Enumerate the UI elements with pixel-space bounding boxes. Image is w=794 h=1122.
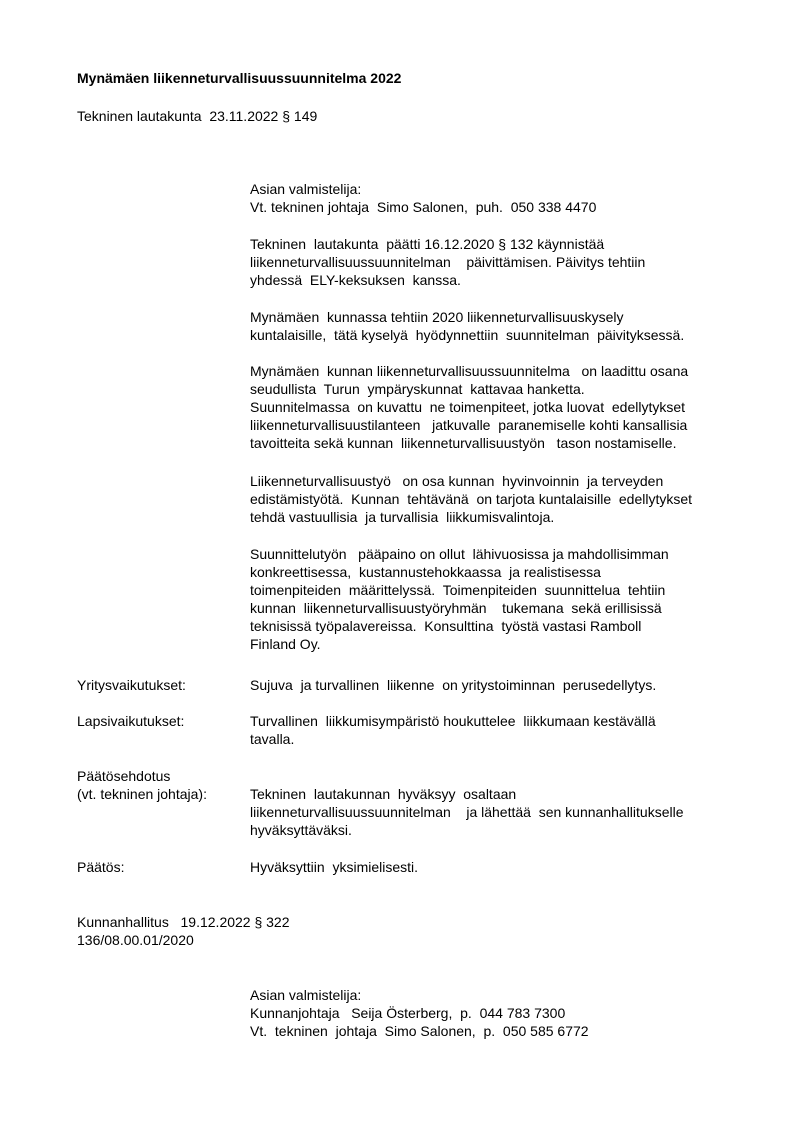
proposal-line: liikenneturvallisuussuunnitelman ja lähe…	[250, 803, 750, 821]
paragraph-2: Mynämäen kunnassa tehtiin 2020 liikennet…	[250, 308, 750, 344]
impact-line: Turvallinen liikkumisympäristö houkuttel…	[250, 712, 750, 730]
paragraph-line: tavoitteita sekä kunnan liikenneturvalli…	[250, 434, 750, 452]
business-impact-text: Sujuva ja turvallinen liikenne on yritys…	[250, 676, 750, 694]
decision-text: Hyväksyttiin yksimielisesti.	[250, 858, 418, 876]
paragraph-line: liikenneturvallisuussuunnitelman päivitt…	[250, 253, 750, 271]
paragraph-line: Mynämäen kunnan liikenneturvallisuussuun…	[250, 362, 750, 380]
paragraph-line: Mynämäen kunnassa tehtiin 2020 liikennet…	[250, 308, 750, 326]
business-impact-label: Yritysvaikutukset:	[77, 676, 186, 694]
paragraph-line: teknisissä työpalavereissa. Konsulttina …	[250, 617, 750, 635]
paragraph-line: tehdä vastuullisia ja turvallisia liikku…	[250, 508, 750, 526]
proposal-line: Tekninen lautakunnan hyväksyy osaltaan	[250, 785, 750, 803]
document-title: Mynämäen liikenneturvallisuussuunnitelma…	[77, 69, 401, 87]
paragraph-line: seudullista Turun ympäryskunnat kattavaa…	[250, 380, 750, 398]
paragraph-line: edistämistyötä. Kunnan tehtävänä on tarj…	[250, 490, 750, 508]
paragraph-line: Tekninen lautakunta päätti 16.12.2020 § …	[250, 235, 750, 253]
child-impact-text: Turvallinen liikkumisympäristö houkuttel…	[250, 712, 750, 748]
impact-line: Sujuva ja turvallinen liikenne on yritys…	[250, 676, 750, 694]
paragraph-line: liikenneturvallisuustilanteen jatkuvalle…	[250, 416, 750, 434]
paragraph-line: konkreettisessa, kustannustehokkaassa ja…	[250, 563, 750, 581]
paragraph-line: kunnan liikenneturvallisuustyöryhmän tuk…	[250, 599, 750, 617]
proposal-text: Tekninen lautakunnan hyväksyy osaltaan l…	[250, 785, 750, 839]
preparer-label: Asian valmistelija:	[250, 180, 750, 198]
paragraph-1: Tekninen lautakunta päätti 16.12.2020 § …	[250, 235, 750, 289]
proposal-line: hyväksyttäväksi.	[250, 821, 750, 839]
preparer-line: Kunnanjohtaja Seija Österberg, p. 044 78…	[250, 1004, 750, 1022]
paragraph-line: toimenpiteiden määrittelyssä. Toimenpite…	[250, 581, 750, 599]
preparer-line: Vt. tekninen johtaja Simo Salonen, puh. …	[250, 198, 750, 216]
case-number: 136/08.00.01/2020	[77, 931, 194, 949]
preparer-line: Vt. tekninen johtaja Simo Salonen, p. 05…	[250, 1022, 750, 1040]
proposal-label-line1: Päätösehdotus	[77, 767, 170, 785]
paragraph-line: Suunnittelutyön pääpaino on ollut lähivu…	[250, 545, 750, 563]
meeting-header-municipal-board: Kunnanhallitus 19.12.2022 § 322	[77, 913, 290, 931]
paragraph-line: Finland Oy.	[250, 635, 750, 653]
proposal-label-line2: (vt. tekninen johtaja):	[77, 785, 207, 803]
paragraph-line: Suunnitelmassa on kuvattu ne toimenpitee…	[250, 398, 750, 416]
paragraph-line: kuntalaisille, tätä kyselyä hyödynnettii…	[250, 326, 750, 344]
paragraph-4: Liikenneturvallisuustyö on osa kunnan hy…	[250, 472, 750, 526]
child-impact-label: Lapsivaikutukset:	[77, 712, 184, 730]
paragraph-3: Mynämäen kunnan liikenneturvallisuussuun…	[250, 362, 750, 452]
decision-label: Päätös:	[77, 858, 124, 876]
paragraph-line: Liikenneturvallisuustyö on osa kunnan hy…	[250, 472, 750, 490]
preparer-label: Asian valmistelija:	[250, 986, 750, 1004]
preparer-block-2: Asian valmistelija: Kunnanjohtaja Seija …	[250, 986, 750, 1040]
impact-line: tavalla.	[250, 730, 750, 748]
preparer-block-1: Asian valmistelija: Vt. tekninen johtaja…	[250, 180, 750, 216]
meeting-header-technical-board: Tekninen lautakunta 23.11.2022 § 149	[77, 107, 317, 125]
paragraph-5: Suunnittelutyön pääpaino on ollut lähivu…	[250, 545, 750, 653]
paragraph-line: yhdessä ELY-keksuksen kanssa.	[250, 271, 750, 289]
